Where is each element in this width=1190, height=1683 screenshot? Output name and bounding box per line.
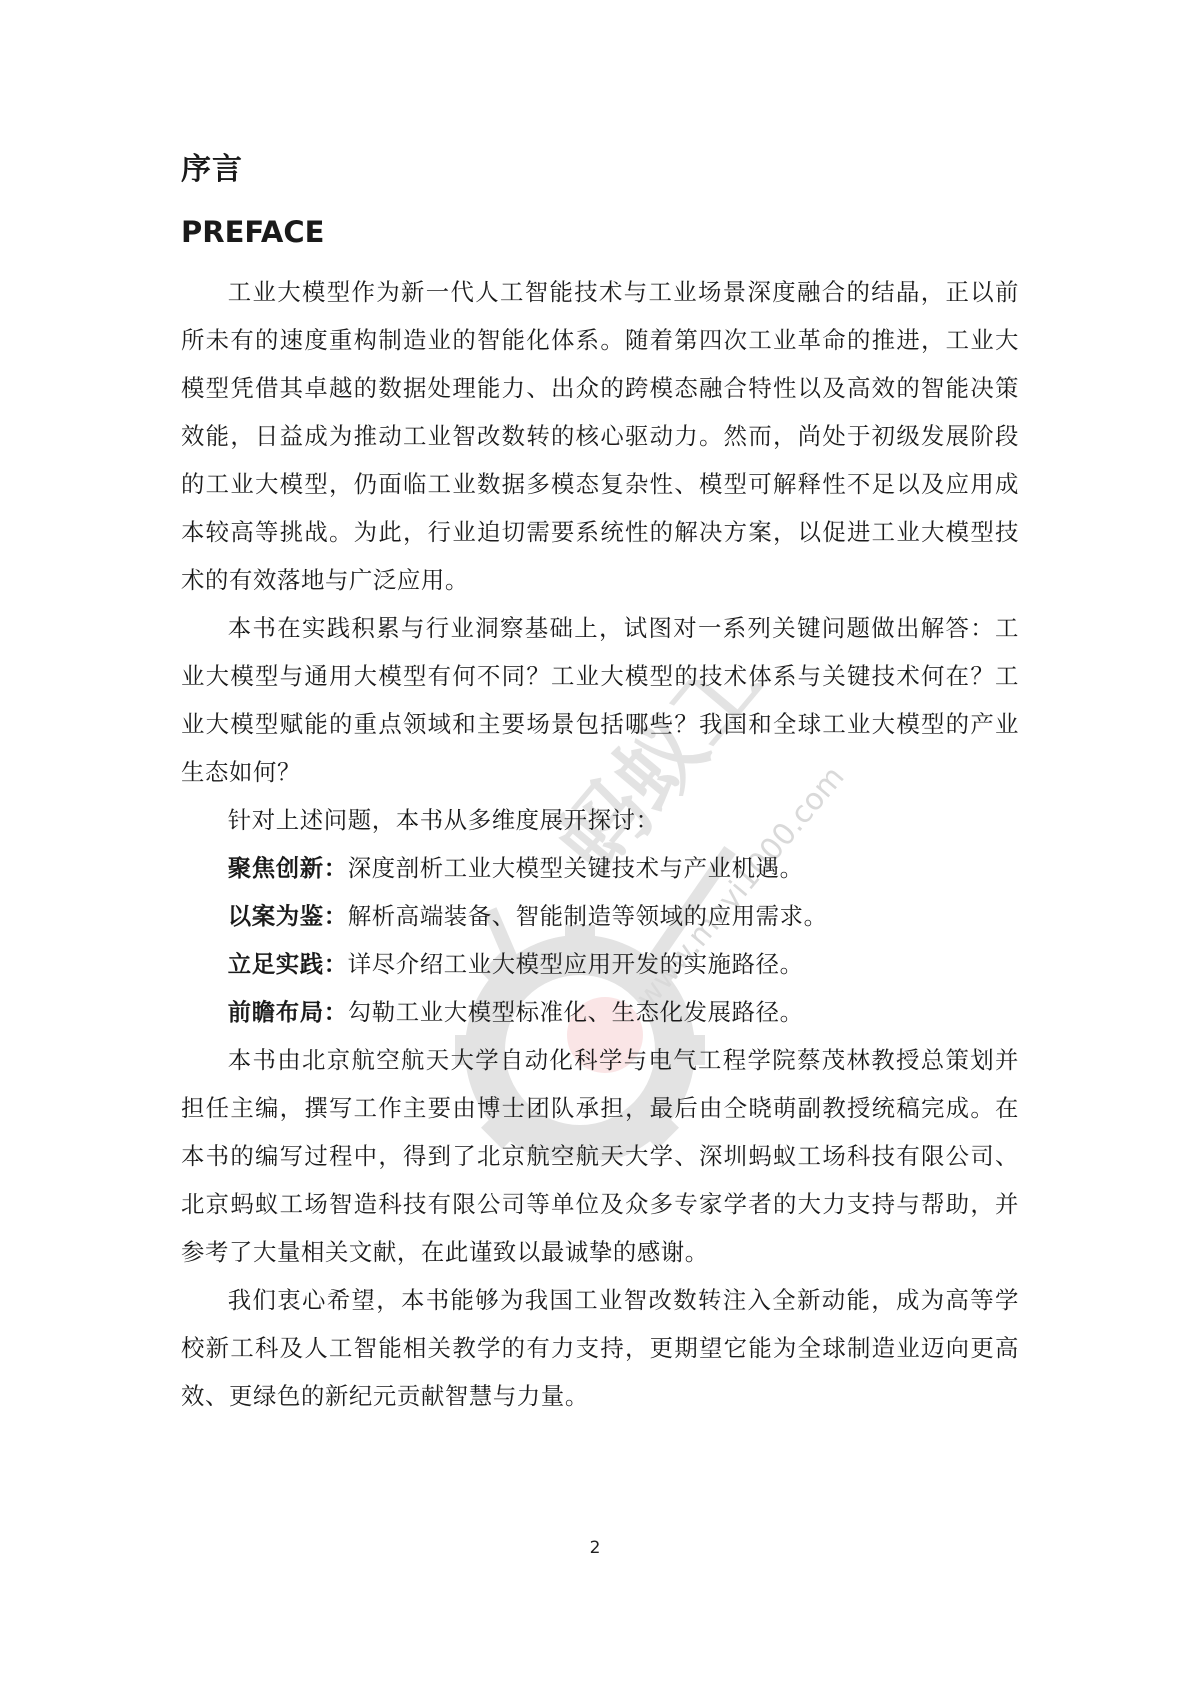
page-title-english: PREFACE [181,212,1019,252]
page-number: 2 [0,1538,1190,1558]
list-item-case-study: 以案为鉴：解析高端装备、智能制造等领域的应用需求。 [181,892,1019,940]
list-item-forward-layout: 前瞻布局：勾勒工业大模型标准化、生态化发展路径。 [181,988,1019,1036]
list-item-text: 解析高端装备、智能制造等领域的应用需求。 [348,902,828,930]
list-item-label: 以案为鉴： [228,902,348,930]
paragraph-questions: 本书在实践积累与行业洞察基础上，试图对一系列关键问题做出解答：工业大模型与通用大… [181,604,1019,796]
paragraph-closing: 我们衷心希望，本书能够为我国工业智改数转注入全新动能，成为高等学校新工科及人工智… [181,1276,1019,1420]
list-item-text: 详尽介绍工业大模型应用开发的实施路径。 [348,950,804,978]
paragraph-acknowledgements: 本书由北京航空航天大学自动化科学与电气工程学院蔡茂林教授总策划并担任主编，撰写工… [181,1036,1019,1276]
list-item-practice: 立足实践：详尽介绍工业大模型应用开发的实施路径。 [181,940,1019,988]
list-item-focus-innovation: 聚焦创新：深度剖析工业大模型关键技术与产业机遇。 [181,844,1019,892]
page-title-chinese: 序言 [181,150,1019,190]
list-item-label: 立足实践： [228,950,348,978]
list-item-label: 前瞻布局： [228,998,348,1026]
list-item-label: 聚焦创新： [228,854,348,882]
paragraph-dimensions-lead: 针对上述问题，本书从多维度展开探讨： [181,796,1019,844]
list-item-text: 勾勒工业大模型标准化、生态化发展路径。 [348,998,804,1026]
document-page: www.mayi1000.com 蚂蚁工场 序言 PREFACE 工业大模型作为… [0,0,1190,1683]
paragraph-intro: 工业大模型作为新一代人工智能技术与工业场景深度融合的结晶，正以前所未有的速度重构… [181,268,1019,604]
list-item-text: 深度剖析工业大模型关键技术与产业机遇。 [348,854,804,882]
document-body: 序言 PREFACE 工业大模型作为新一代人工智能技术与工业场景深度融合的结晶，… [181,150,1019,1420]
